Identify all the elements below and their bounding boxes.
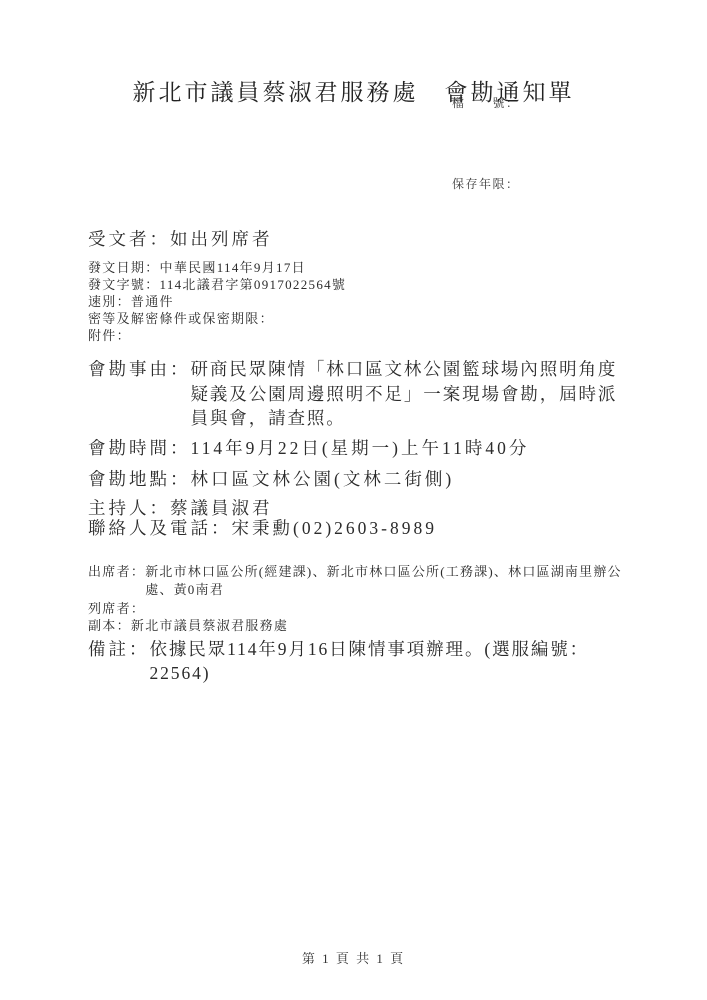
security-label: 密等及解密條件或保密期限： [88,311,274,326]
doc-number-value: 114北議君字第0917022564號 [160,277,347,292]
inspection-place-value: 林口區文林公園(文林二街側) [191,469,455,489]
cc-line: 副本：新北市議員蔡淑君服務處 [88,617,288,634]
remarks-label: 備註： [88,637,150,661]
remarks-value: 依據民眾114年9月16日陳情事項辦理。(選服編號：22564) [150,637,602,685]
observers-line: 列席者： [88,600,145,617]
contact-label: 聯絡人及電話： [88,518,232,538]
remarks-row: 備註： 依據民眾114年9月16日陳情事項辦理。(選服編號：22564) [88,637,602,685]
doc-number-line: 發文字號：114北議君字第0917022564號 [88,276,346,293]
attachment-label: 附件： [88,328,131,343]
contact-value: 宋秉勳(02)2603-8989 [232,518,437,538]
inspection-place-line: 會勘地點：林口區文林公園(文林二街側) [88,467,454,491]
recipient-label: 受文者： [88,229,170,249]
inspection-time-value: 114年9月22日(星期一)上午11時40分 [191,438,530,458]
doc-number-label: 發文字號： [88,277,160,292]
cc-value: 新北市議員蔡淑君服務處 [131,618,288,633]
inspection-subject-row: 會勘事由： 研商民眾陳情「林口區文林公園籃球場內照明角度疑義及公園周邊照明不足」… [88,357,625,431]
observers-label: 列席者： [88,601,145,616]
priority-line: 速別：普通件 [88,293,346,310]
inspection-time-label: 會勘時間： [88,438,191,458]
attendees-row: 出席者： 新北市林口區公所(經建課)、新北市林口區公所(工務課)、林口區湖南里辦… [88,563,647,598]
inspection-subject-value: 研商民眾陳情「林口區文林公園籃球場內照明角度疑義及公園周邊照明不足」一案現場會勘… [191,357,625,431]
document-page: 檔 號： 保存年限： 新北市議員蔡淑君服務處 會勘通知單 受文者：如出列席者 發… [0,0,707,1000]
recipient-line: 受文者：如出列席者 [88,227,273,251]
inspection-subject-label: 會勘事由： [88,357,191,382]
cc-label: 副本： [88,618,131,633]
issuance-meta-block: 發文日期：中華民國114年9月17日 發文字號：114北議君字第09170225… [88,259,346,344]
page-number-footer: 第 1 頁 共 1 頁 [0,948,707,967]
attendees-label: 出席者： [88,563,145,581]
inspection-place-label: 會勘地點： [88,469,191,489]
inspection-time-line: 會勘時間：114年9月22日(星期一)上午11時40分 [88,436,529,460]
priority-value: 普通件 [131,294,174,309]
retention-period-label: 保存年限： [452,171,520,198]
recipient-value: 如出列席者 [170,229,273,249]
attendees-value: 新北市林口區公所(經建課)、新北市林口區公所(工務課)、林口區湖南里辦公處、黃0… [145,563,647,598]
classification-block: 檔 號： 保存年限： [452,36,520,252]
issue-date-line: 發文日期：中華民國114年9月17日 [88,259,346,276]
priority-label: 速別： [88,294,131,309]
host-label: 主持人： [88,498,170,518]
issue-date-value: 中華民國114年9月17日 [160,260,306,275]
security-line: 密等及解密條件或保密期限： [88,310,346,327]
contact-line: 聯絡人及電話：宋秉勳(02)2603-8989 [88,516,437,540]
host-value: 蔡議員淑君 [170,498,273,518]
issue-date-label: 發文日期： [88,260,160,275]
attachment-line: 附件： [88,327,346,344]
document-title: 新北市議員蔡淑君服務處 會勘通知單 [0,76,707,110]
